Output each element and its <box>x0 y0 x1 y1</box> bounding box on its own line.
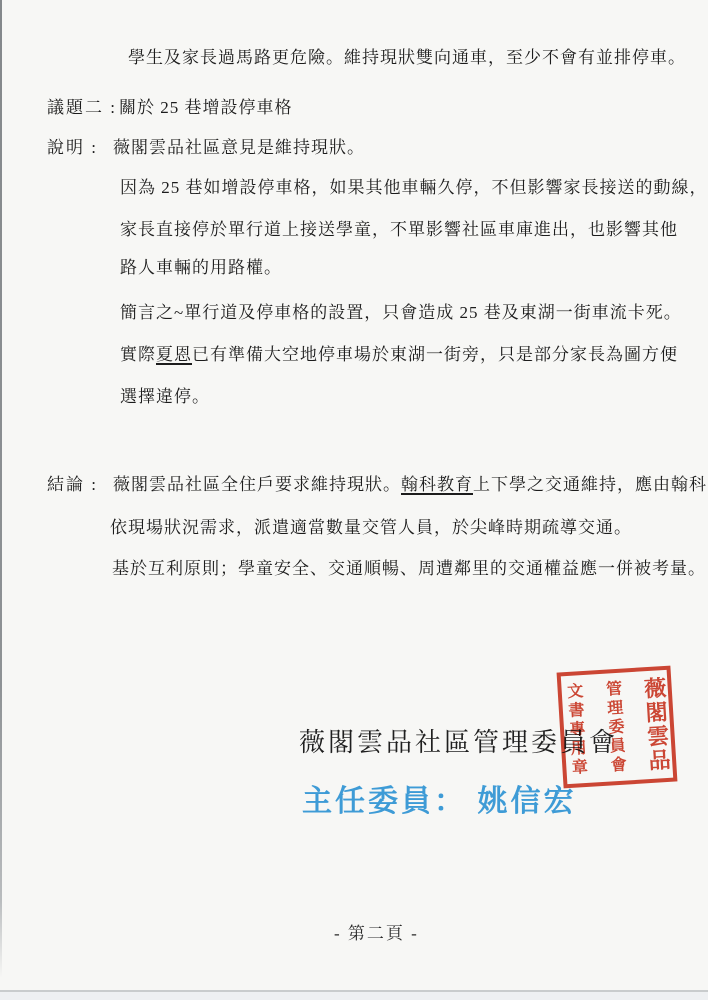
topic-2-label: 議題二 : <box>47 93 119 118</box>
paragraph-line: 路人車輛的用路權。 <box>120 258 282 278</box>
stamp-column-middle: 管理委員會 <box>603 676 625 779</box>
explanation-text: 薇閣雲品社區意見是維持現狀。 <box>113 133 365 158</box>
conclusion-label: 結論 : <box>47 470 113 495</box>
conclusion-line-1: 薇閣雲品社區全住戶要求維持現狀。翰科教育上下學之交通維持，應由翰科 <box>113 470 707 495</box>
paragraph-line: 家長直接停於單行道上接送學童，不單影響社區車庫進出，也影響其他 <box>120 220 678 240</box>
conclusion-text: 薇閣雲品社區全住戶要求維持現狀。 <box>113 475 401 494</box>
underlined-term: 夏恩 <box>156 345 192 364</box>
stamp-column-left: 文書專用章 <box>564 678 586 781</box>
paragraph-text: 實際 <box>120 345 156 364</box>
underlined-term: 翰科教育 <box>401 475 473 494</box>
scan-bottom-edge-area <box>0 992 708 1000</box>
explanation-row: 說明 : 薇閣雲品社區意見是維持現狀。 <box>47 133 365 158</box>
paragraph-line: 選擇違停。 <box>120 387 210 407</box>
scanned-document-page: 學生及家長過馬路更危險。維持現狀雙向通車，至少不會有並排停車。 議題二 : 關於… <box>0 0 708 1000</box>
chairman-signature: 主任委員： 姚信宏 <box>302 776 577 820</box>
topic-2-text: 關於 25 巷增設停車格 <box>119 93 293 118</box>
paragraph-line: 簡言之~單行道及停車格的設置，只會造成 25 巷及東湖一街車流卡死。 <box>120 303 682 323</box>
conclusion-line-2: 依現場狀況需求，派遣適當數量交管人員，於尖峰時期疏導交通。 <box>110 518 632 538</box>
conclusion-row: 結論 : 薇閣雲品社區全住戶要求維持現狀。翰科教育上下學之交通維持，應由翰科 <box>47 470 707 495</box>
scan-left-edge-shadow <box>0 0 2 978</box>
page-number: - 第二頁 - <box>334 919 419 944</box>
conclusion-line-3: 基於互利原則；學童安全、交通順暢、周遭鄰里的交通權益應一併被考量。 <box>112 559 706 579</box>
topic-2-heading: 議題二 : 關於 25 巷增設停車格 <box>47 93 293 118</box>
paragraph-line: 因為 25 巷如增設停車格，如果其他車輛久停，不但影響家長接送的動線， <box>120 178 708 198</box>
red-seal-stamp: 文書專用章 管理委員會 薇閣雲品 <box>557 666 678 789</box>
paragraph-text: 已有準備大空地停車場於東湖一街旁，只是部分家長為圖方便 <box>192 345 678 364</box>
conclusion-text: 上下學之交通維持，應由翰科 <box>473 475 707 494</box>
stamp-column-right: 薇閣雲品 <box>642 673 670 776</box>
explanation-label: 說明 : <box>47 133 113 158</box>
paragraph-line: 實際夏恩已有準備大空地停車場於東湖一街旁，只是部分家長為圖方便 <box>120 345 678 365</box>
intro-continuation-line: 學生及家長過馬路更危險。維持現狀雙向通車，至少不會有並排停車。 <box>128 48 686 68</box>
